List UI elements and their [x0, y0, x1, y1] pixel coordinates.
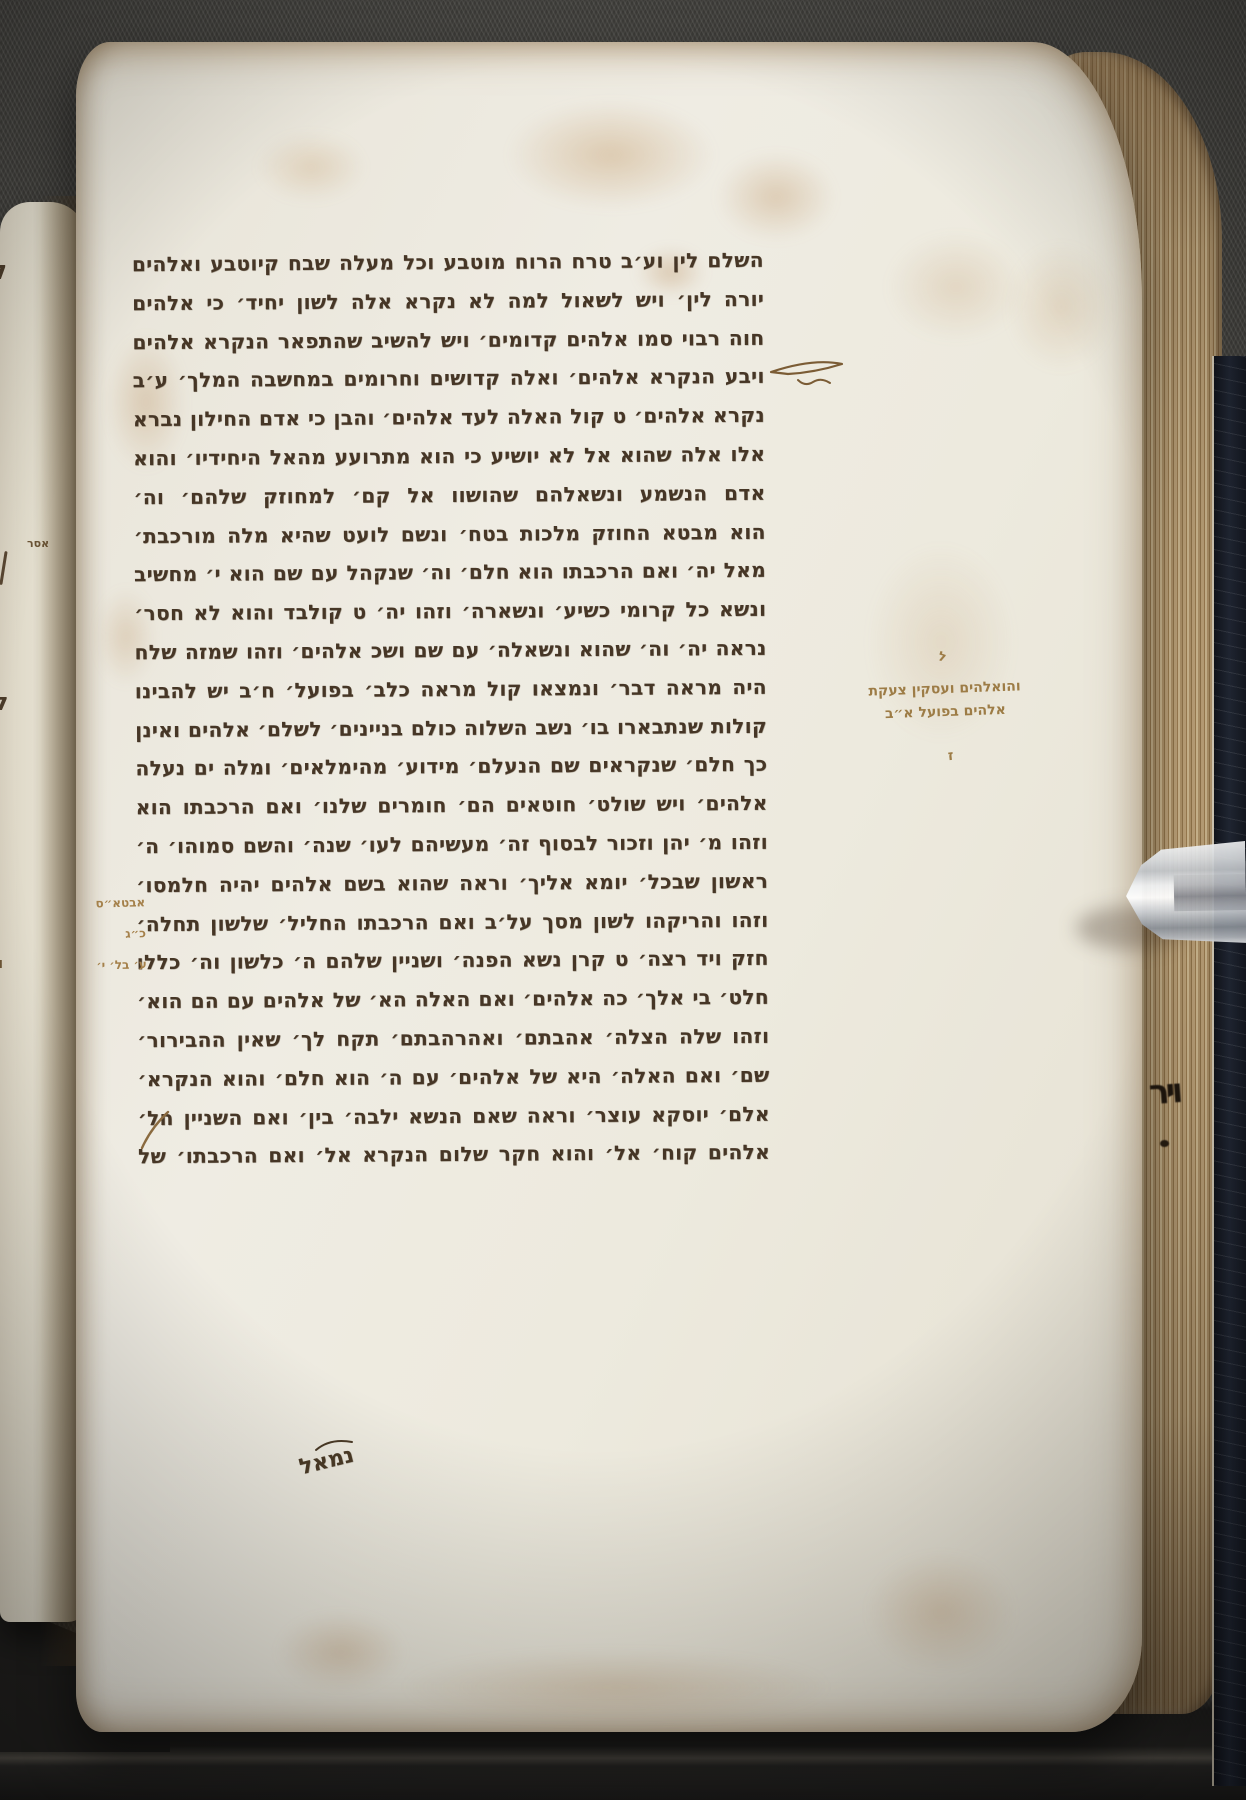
fore-edge-ink-mark: ויר: [1148, 1071, 1181, 1113]
text-line: נראה יה׳ וה׳ שהוא ונשאלה׳ עם שם ושכ אלהי…: [134, 629, 766, 672]
foxing-spot: [256, 132, 366, 202]
text-line: אלו אלה שהוא אל לא יושיע כי הוא מתרועע מ…: [133, 435, 765, 478]
left-margin-note: אבטא״ס כ״ג ע׳ בל׳ י׳: [85, 887, 147, 982]
foxing-spot: [866, 1552, 1016, 1672]
left-edge-margin-note: אסר: [27, 537, 49, 550]
facing-page-pen-stroke: [0, 551, 8, 585]
text-line: אדם הנשמע ונשאלהם שהושוו אל קם׳ למחוזק ש…: [133, 474, 765, 517]
text-line: קולות שנתבארו בו׳ נשב השלוה כולם בניינים…: [135, 706, 767, 749]
text-line: ונשא כל קרומי כשיע׳ ונשארה׳ וזהו יה׳ ט ק…: [134, 590, 766, 633]
foxing-spot: [1006, 242, 1116, 372]
facing-page-sliver: ק ן נ ל ו אסר: [0, 202, 86, 1622]
foxing-spot: [716, 152, 836, 242]
text-line: היה מראה דבר׳ ונמצאו קול מראה כלב׳ בפועל…: [135, 668, 767, 711]
text-line: ראשון שבכל׳ יומא אליך׳ וראה שהוא בשם אלה…: [136, 862, 768, 905]
text-line: שם׳ ואם האלה׳ היא של אלהים׳ עם ה׳ הוא חל…: [137, 1056, 769, 1099]
left-margin-note-line: אבטא״ס כ״ג: [85, 887, 147, 951]
text-line: מאל יה׳ ואם הרכבתו הוא חלם׳ וה׳ שנקהל עם…: [134, 551, 766, 594]
manicule-pointer-mark: [768, 356, 846, 392]
text-line: אלהים׳ ויש שולט׳ חוטאים הם׳ חומרים שלנו׳…: [136, 784, 768, 827]
text-line: יורה לין׳ ויש לשאול למה לא נקרא אלה לשון…: [132, 280, 764, 323]
text-line: כך חלם׳ שנקראים שם הנעלם׳ מידוע׳ מהימלאי…: [135, 745, 767, 788]
text-line: חזק ויד רצה׳ ט קרן נשא הפנה׳ ושניין שלהם…: [137, 939, 769, 982]
book-cover-right-band: [1212, 356, 1246, 1786]
right-margin-note: והואלהים ועסקין צעקת אלהים בפועל א״ב: [865, 675, 1025, 726]
foxing-spot: [886, 232, 1026, 342]
facing-page-fragment: ל: [0, 688, 9, 716]
text-line: וזהו שלה הצלה׳ אהבתם׳ ואהרהבתם׳ תקח לך׳ …: [137, 1017, 769, 1060]
text-line: ויבע הנקרא אלהים׳ ואלה קדושים וחרומים במ…: [133, 357, 765, 400]
page-weight-refraction: [1174, 874, 1246, 912]
text-line: אלם׳ יוסקא עוצר׳ וראה שאם הנשא ילבה׳ בין…: [138, 1094, 770, 1137]
text-line: וזהו מ׳ יהן וזכור לבסוף זה׳ מעשיהם לעו׳ …: [136, 823, 768, 866]
left-margin-note-line: ע׳ בל׳ י׳: [86, 949, 147, 982]
foxing-spot: [406, 1652, 826, 1722]
facing-page-fragment: ו: [0, 954, 3, 972]
catchword-flourish: [312, 1436, 356, 1454]
fore-edge-ink-dot: [1160, 1140, 1169, 1147]
text-line: השלם לין וע׳ב טרח הרוח מוטבע וכל מעלה שב…: [132, 241, 764, 284]
text-line: נקרא אלהים׳ ט קול האלה לעד אלהים׳ והבן כ…: [133, 396, 765, 439]
text-line: וזהו והריקהו לשון מסך על׳ב ואם הרכבתו הח…: [136, 900, 768, 943]
foxing-spot: [276, 1612, 406, 1692]
text-line: הוא מבטא החוזק מלכות בטח׳ ונשם לועט שהיא…: [134, 512, 766, 555]
manuscript-photo: ק ן נ ל ו אסר השלם לין וע׳ב טרח הרוח מוט…: [0, 0, 1246, 1800]
text-line: חוה רבוי סמו אלהים קדומים׳ ויש להשיב שהת…: [132, 318, 764, 361]
manuscript-text-block: השלם לין וע׳ב טרח הרוח מוטבע וכל מעלה שב…: [132, 241, 770, 1177]
text-line: אלהים קוח׳ אל׳ והוא חקר שלום הנקרא אל׳ ו…: [138, 1133, 770, 1176]
text-line: חלט׳ בי אלך׳ כה אלהים׳ ואם האלה הא׳ של א…: [137, 978, 769, 1021]
pen-flourish-mark: [138, 1106, 174, 1152]
foxing-spot: [506, 100, 716, 210]
facing-page-fragment: ק: [0, 256, 7, 286]
